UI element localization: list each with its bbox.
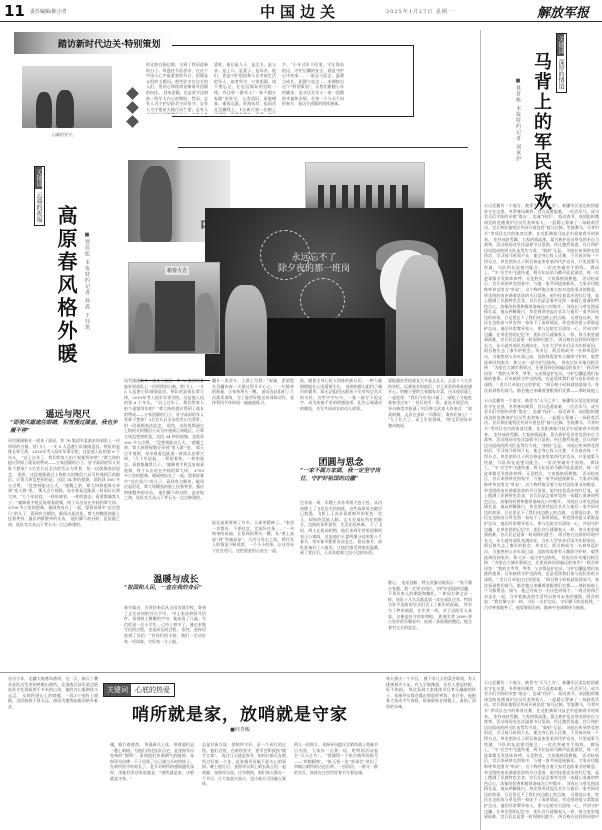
middle-text-col2: 祝，随着全身心投入训练的新兵们，一种力量慢慢地在心里涌现生长。 连绵的群山阻挡了… (300, 378, 382, 438)
mural-slogan: 永远忘不了 除夕夜的那一班岗 (278, 253, 350, 275)
keyword-tag-right: 关键词 深厚的情谊 (556, 33, 567, 93)
diamond-icon (126, 87, 139, 100)
soldier-drawing-left (225, 285, 267, 376)
keyword-tag-left: 关键词 云端的祝福 (34, 166, 45, 226)
keyword-text: 云端的祝福 (35, 189, 42, 225)
subhead-reunion-quote: “一家不圆万家圆，我一定坚守岗位，守护好祖国的边疆” (300, 467, 382, 483)
soldier-figure (135, 303, 153, 354)
doorway (155, 281, 195, 351)
left-article-body-col3: 春节临近，百余封来信从全国各地学校，寄到了正在驻训的官兵手中。 中士张雨林拆开信… (124, 605, 206, 667)
keyword-text: 深厚的情谊 (557, 56, 564, 92)
middle-text-col4: 能比高原时间了许多，人却更精神了。“家里一切都好，不要挂念，完成好任务……”一句… (212, 520, 294, 668)
left-article-title: 高原春风格外暖 (52, 205, 81, 366)
intro-photo-soldiers-mountain (22, 66, 112, 128)
right-article-body-1: 天山北麓有一个地方，被誉为“天马之乡”，新疆军区某边防团就驻守在这里。冬季寒风刺… (484, 203, 599, 393)
reunion-text-col2: 敬心。 电话挂断，钟文武激动地表示：“家不圆万家圆，我一定坚守岗位，守护好祖国的… (388, 580, 472, 668)
right-article-byline: ■夏晋栋 本报特约记者 刘承伊 (515, 78, 522, 162)
right-article-body-3: 天山北麓有一个地方，被誉为“天马之乡”，新疆军区某边防团就驻守在这里。冬季寒风刺… (484, 680, 599, 820)
reunion-text-col1: 过年前一周，军嫂王苏苏带着大包小包，从河南踏上了飞往边关的航班。这些高原风光她早… (300, 500, 382, 670)
photo-spring-couplets-door (128, 262, 220, 354)
intro-photo-caption: 山巅的坚守。 (52, 132, 76, 138)
editor-note-tag (128, 86, 137, 131)
special-plan-title: 踏访新时代边关·特别策划 (58, 37, 160, 50)
intro-text-col2: 梁柱。他们是儿子、是丈夫、是父亲、是士兵、是妻子、是母亲。他们，更是守护祖国和人… (214, 62, 276, 114)
left-article-body-col1: 风雪刚刚新年一道来了高原，草 76 集团军某旅驻训部队上一层厚厚的白被。营门口，… (8, 438, 120, 668)
subhead-distance-quote: “即使风霜遮住眼睛，积雪漫过膝盖，我也步履不停” (10, 419, 122, 435)
page-number: 11 (4, 2, 25, 20)
photo-rule (140, 380, 210, 381)
column-divider (480, 30, 481, 830)
keyword-label: 关键词 (557, 34, 564, 56)
bottom-article-title: 哨所就是家，放哨就是守家 (130, 700, 350, 725)
keyword-tag-bottom: 关键词 心底的热爱 (103, 683, 175, 697)
keyword-text: 心底的热爱 (131, 684, 174, 696)
intro-text-col1: 时光如白驹过隙，又到了辞旧迎新的日子。每逢佳节倍思亲，在这个中国人心中最重要的节… (146, 62, 208, 114)
section-title: 中国边关 (230, 1, 370, 22)
soldier-figure (195, 293, 215, 354)
soldier-figure (140, 166, 172, 242)
right-article-body-2: 天山北麓有一个地方，被誉为“天马之乡”，新疆军区某边防团就驻守在这里。冬季寒风刺… (484, 398, 599, 678)
right-article-title: 马背上的军民联欢 (528, 52, 554, 212)
door-banner: 新春大吉 (165, 266, 189, 275)
middle-text-col1: 翻开一张贺卡，上面上写着：“祝福，希望您在边疆的每一天都过得开开心心。”一句简单… (212, 378, 294, 518)
newspaper-logo: 解放军报 (537, 2, 589, 21)
keyword-label: 关键词 (104, 684, 131, 696)
bottom-text-col0: 农历小年，北疆大地寒风凛冽。这一天，新兵丁鹏从连队出发来到草帽山哨所。北部战区陆… (8, 676, 98, 826)
bottom-article-byline: ■何青峻 (130, 726, 350, 733)
soldier-figure (56, 90, 74, 128)
keyword-label: 关键词 (35, 167, 42, 189)
diamond-icon (126, 101, 139, 114)
bottom-text-col4: 每天推出一个节目。 楼下采几天的菜会时间，有人排演相声小品，有人学唱豫剧，还有人… (386, 676, 476, 824)
photo-rule (178, 147, 468, 148)
bottom-text-col1: 魂，践行着使命。 每逢新兵上连，带着他们走一趟上哨路，为他们讲述连队历史，是张指… (110, 742, 194, 822)
left-article-body-col2: 风雪刚刚新年一道来了高原，草 76 集团军某旅驻训部队上一层厚厚的白被。营门口，… (124, 378, 204, 538)
mural-slogan-line2: 除夕夜的那一班岗 (278, 264, 350, 275)
soldier-figure (36, 92, 52, 128)
left-article-byline: ■贾佳彪 本报特约记者 孙震 王钰凯 (84, 232, 91, 331)
bottom-text-col3: 两人一拍即合。张指导员提议全哨所战士商量节目内容，大家你一言我一语，给特别活动起… (294, 742, 378, 822)
section-divider (0, 672, 480, 673)
intro-text-col3: 手，“小年过年不回家，守在海岛很远，守护边疆的安全，就是守护心中的家……” 遥远… (282, 62, 344, 114)
bottom-text-col2: 总是对新兵说，把哨所守好，是一个成长的过程。他们近视，在哨所坚守，要学会和孤独“… (202, 742, 286, 822)
middle-text-col3: 梁振越驻营的战友大多是文长兵，正是十八九岁的年纪，远离家乡的他们，对王苏苏的到来… (388, 378, 472, 578)
city-silhouette (265, 318, 385, 376)
mural-slogan-line1: 永远忘不了 (278, 253, 350, 264)
firework-drawing (300, 278, 345, 323)
soldier-drawing-right (396, 255, 446, 376)
editor-credit: 责任编辑/陈小青 (30, 8, 67, 15)
subhead-warmth-quote: “祖国和人民，一直在我的身后” (124, 584, 210, 592)
diamond-icon (126, 115, 139, 128)
issue-date: 2025年1月27日 星期一 (386, 8, 454, 15)
